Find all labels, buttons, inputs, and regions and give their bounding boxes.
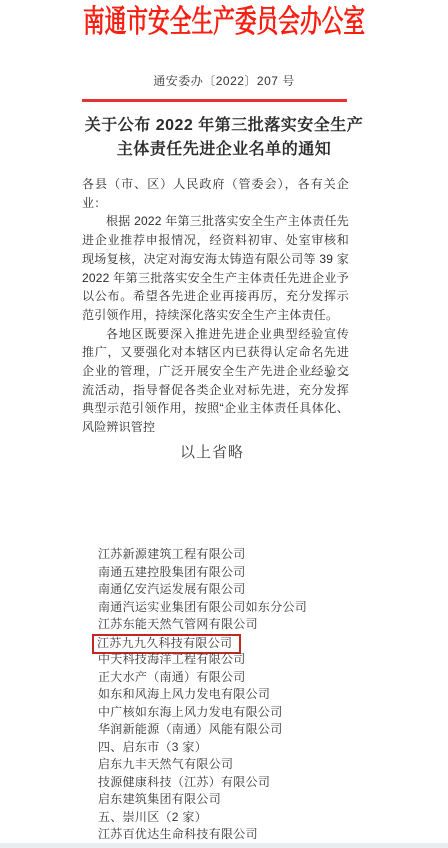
list-item: 江苏新源建筑工程有限公司 [98, 546, 307, 564]
list-item: 如东和风海上风力发电有限公司 [98, 686, 307, 704]
list-item: 启东九丰天然气有限公司 [98, 756, 307, 774]
red-divider-line [82, 99, 347, 102]
highlighted-company-row: 江苏九九久科技有限公司 [98, 634, 307, 652]
body-paragraph-1: 根据 2022 年第三批落实安全生产主体责任先进企业推荐申报情况，经资料初审、处… [82, 212, 349, 324]
notice-title-line1: 关于公布 2022 年第三批落实安全生产 [40, 114, 408, 138]
doc-number: 通安委办〔2022〕207 号 [0, 72, 448, 89]
notice-title: 关于公布 2022 年第三批落实安全生产 主体责任先进企业名单的通知 [40, 114, 408, 161]
omitted-note: 以上省略 [0, 441, 424, 462]
page-number: — 1 — [310, 369, 351, 380]
list-section-header: 五、崇川区（2 家） [98, 809, 307, 827]
document-body: 各县（市、区）人民政府（管委会），各有关企业： 根据 2022 年第三批落实安全… [82, 175, 349, 437]
list-item: 技源健康科技（江苏）有限公司 [98, 774, 307, 792]
list-item: 南通汽运实业集团有限公司如东分公司 [98, 599, 307, 617]
list-item: 中广核如东海上风力发电有限公司 [98, 704, 307, 722]
list-item: 南通亿安汽运发展有限公司 [98, 581, 307, 599]
notice-title-line2: 主体责任先进企业名单的通知 [40, 138, 408, 162]
bottom-edge-strip [0, 843, 448, 848]
company-list: 江苏新源建筑工程有限公司 南通五建控股集团有限公司 南通亿安汽运发展有限公司 南… [98, 546, 307, 844]
list-item: 启东建筑集团有限公司 [98, 791, 307, 809]
list-item: 南通五建控股集团有限公司 [98, 564, 307, 582]
body-paragraph-2: 各地区既要深入推进先进企业典型经验宣传推广，又要强化对本辖区内已获得认定命名先进… [82, 325, 349, 437]
highlighted-company-label: 江苏九九久科技有限公司 [97, 636, 232, 650]
list-section-header: 四、启东市（3 家） [98, 739, 307, 757]
list-item: 中天科技海洋工程有限公司 [98, 651, 307, 669]
list-item: 华润新能源（南通）风能有限公司 [98, 721, 307, 739]
document-page: 南通市安全生产委员会办公室 通安委办〔2022〕207 号 关于公布 2022 … [0, 0, 448, 848]
header-banner-title: 南通市安全生产委员会办公室 [67, 3, 381, 40]
salutation-line: 各县（市、区）人民政府（管委会），各有关企业： [82, 175, 349, 212]
list-item: 正大水产（南通）有限公司 [98, 669, 307, 687]
list-item: 江苏东能天然气管网有限公司 [98, 616, 307, 634]
list-item: 江苏百优达生命科技有限公司 [98, 826, 307, 844]
